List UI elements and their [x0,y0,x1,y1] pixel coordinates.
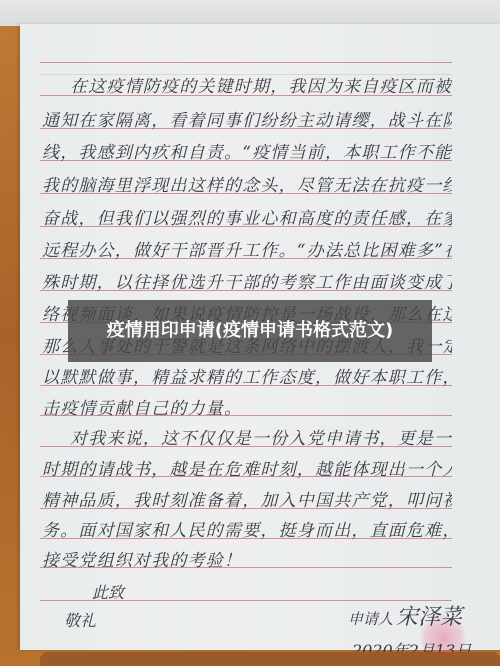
letter-line: 线，我感到内疚和自责。“疫情当前，本职工作不能停”！ [42,138,452,163]
title-overlay: 疫情用印申请(疫情申请书格式范文) [68,300,432,362]
letter-line: 务。面对国家和人民的需要，挺身而出，直面危难，我愿意 [42,516,452,541]
letter-line: 击疫情贡献自己的力量。 [42,394,452,419]
applicant-label: 申请人 [348,608,393,629]
letter-line: 以默默做事，精益求精的工作态度，做好本职工作，为抗 [42,363,452,388]
letter-line: 精神品质，我时刻准备着，加入中国共产党，叩问初心，为民服 [42,486,452,511]
closing-salutation: 此致 [92,580,124,603]
desk-edge [40,652,500,666]
letter-line: 在这疫情防疫的关键时期，我因为来自疫区而被单位 [42,72,452,97]
header-rule [40,62,452,63]
letter-line: 时期的请战书，越是在危难时刻，越能体现出一个人的 [42,455,452,480]
letter-line: 我的脑海里浮现出这样的念头，尽管无法在抗疫一线 [42,171,452,196]
letter-line: 远程办公，做好干部晋升工作。“办法总比困难多”在这特 [42,236,452,261]
article-title: 疫情用印申请(疫情申请书格式范文) [107,319,393,343]
applicant-name: 宋泽菜 [396,600,462,631]
letter-line: 对我来说，这不仅仅是一份入党申请书，更是一份危难 [42,424,452,449]
top-paper-edge [0,0,500,26]
letter-line: 接受党组织对我的考验！ [42,546,452,571]
closing-regards: 敬礼 [64,608,96,631]
letter-line: 通知在家隔离，看着同事们纷纷主动请缨，战斗在防疫一 [42,106,452,131]
letter-line: 奋战，但我们以强烈的事业心和高度的责任感，在家 [42,204,452,229]
letter-line: 殊时期，以往择优选升干部的考察工作由面谈变成了网 [42,268,452,293]
